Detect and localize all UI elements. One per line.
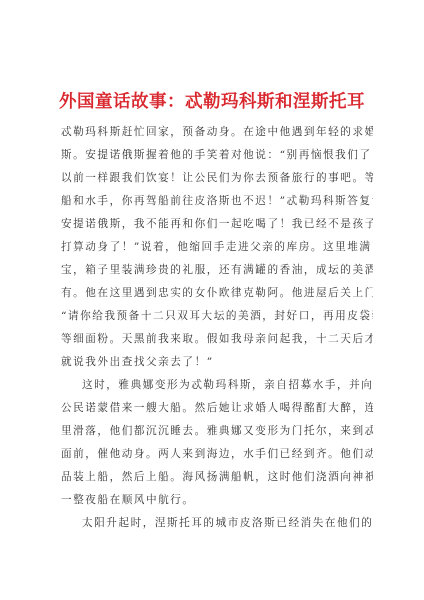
paragraph-line: 一整夜船在顺风中航行。 <box>61 492 373 508</box>
paragraph-line: 安提诺俄斯，我不能再和你们一起吃喝了！我已经不是孩子了。我已经 <box>61 216 373 232</box>
paragraph-line: 里滑落，他们都沉沉睡去。雅典娜又变形为门托尔，来到忒勒玛科斯的 <box>61 423 373 439</box>
paragraph-line: 太阳升起时，涅斯托耳的城市皮洛斯已经消失在他们的眼前。皮洛 <box>82 515 373 531</box>
document-page: 外国童话故事：忒勒玛科斯和涅斯托耳 忒勒玛科斯赶忙回家，预备动身。在途中他遇到年… <box>0 0 424 600</box>
document-title: 外国童话故事：忒勒玛科斯和涅斯托耳 <box>0 88 424 113</box>
paragraph-line: 公民诺蒙借来一艘大船。然后她让求婚人喝得酩酊大醉，连酒杯都从手 <box>61 400 373 416</box>
paragraph-line: 面前，催他动身。两人来到海边，水手们已经到齐。他们动手把一切用 <box>61 446 373 462</box>
paragraph-line: 有。他在这里遇到忠实的女仆欧律克勒阿。他进屋后关上门，对她说： <box>61 285 373 301</box>
paragraph-line: 忒勒玛科斯赶忙回家，预备动身。在途中他遇到年轻的求婚人安提诺俄 <box>61 124 373 140</box>
paragraph-line: 船和水手，你再驾船前往皮洛斯也不迟！”忒勒玛科斯答复说：“不， <box>61 193 373 209</box>
paragraph-line: 宝，箱子里装满珍贵的礼服，还有满罐的香油，成坛的美酒，应有尽 <box>61 262 373 278</box>
paragraph-line: 以前一样跟我们饮宴！让公民们为你去预备旅行的事吧。等他们找来大 <box>61 170 373 186</box>
paragraph-line: 品装上船，然后上船。海风扬满船帆，这时他们浇酒向神祇进行祭礼。 <box>61 469 373 485</box>
paragraph-line: 等细面粉。天黑前我来取。假如我母亲问起我，十二天后才能告知她， <box>61 331 373 347</box>
paragraph-line: 打算动身了！”说着，他缩回手走进父亲的库房。这里堆满了黄金、珠 <box>61 239 373 255</box>
paragraph-line: “请你给我预备十二只双耳大坛的美酒，封好口，再用皮袋装二十石上 <box>61 308 373 324</box>
paragraph-line: 这时，雅典娜变形为忒勒玛科斯，亲自招募水手，并向一位富有的 <box>82 377 373 393</box>
paragraph-line: 斯。安提诺俄斯握着他的手笑着对他说：“别再恼恨我们了！你应当像 <box>61 147 373 163</box>
paragraph-line: 就说我外出查找父亲去了！” <box>61 354 373 370</box>
